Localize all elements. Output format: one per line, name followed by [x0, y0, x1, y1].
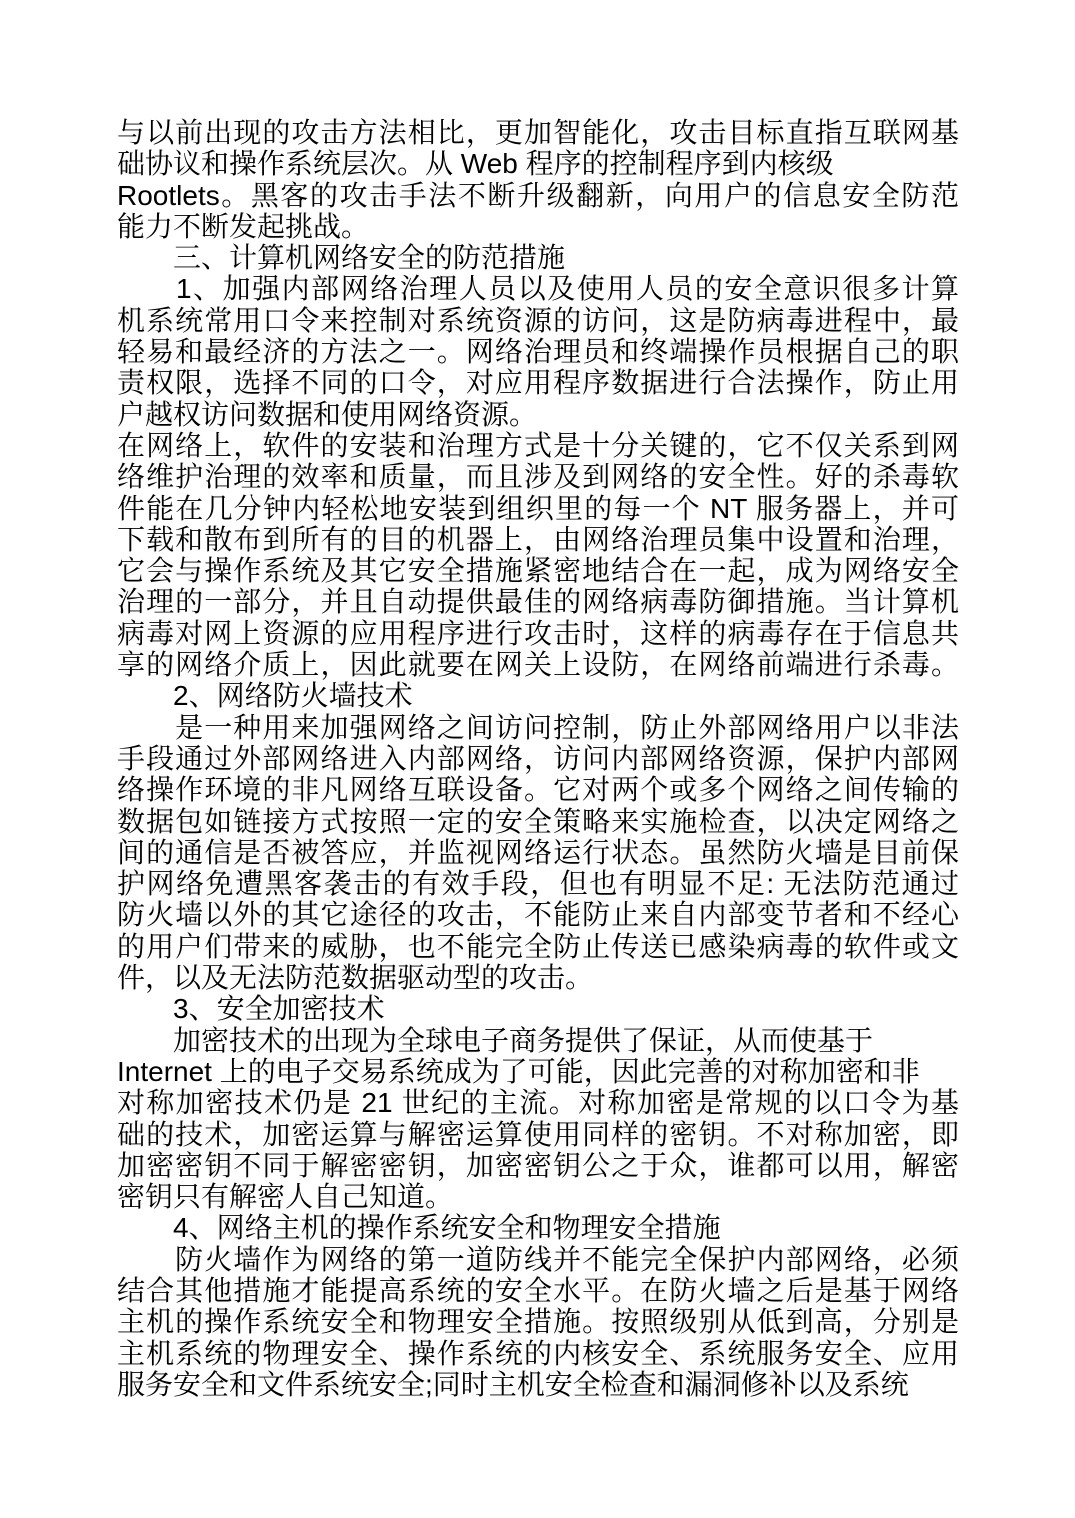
text-line: 4、网络主机的操作系统安全和物理安全措施: [117, 1212, 959, 1243]
text-line: 享的网络介质上，因此就要在网关上设防，在网络前端进行杀毒。: [117, 649, 959, 680]
document-page: 与以前出现的攻击方法相比，更加智能化，攻击目标直指互联网基础协议和操作系统层次。…: [0, 0, 1075, 1518]
text-line: 对称加密技术仍是 21 世纪的主流。对称加密是常规的以口令为基: [117, 1087, 959, 1118]
text-line: 础的技术，加密运算与解密运算使用同样的密钥。不对称加密，即: [117, 1119, 959, 1150]
text-line: 3、安全加密技术: [117, 993, 959, 1024]
text-line: 是一种用来加强网络之间访问控制，防止外部网络用户以非法: [117, 712, 959, 743]
text-line: 络操作环境的非凡网络互联设备。它对两个或多个网络之间传输的: [117, 774, 959, 805]
text-line: 防火墙作为网络的第一道防线并不能完全保护内部网络，必须: [117, 1244, 959, 1275]
text-line: 机系统常用口令来控制对系统资源的访问，这是防病毒进程中，最: [117, 305, 959, 336]
text-line: 手段通过外部网络进入内部网络，访问内部网络资源，保护内部网: [117, 743, 959, 774]
text-line: 数据包如链接方式按照一定的安全策略来实施检查，以决定网络之: [117, 806, 959, 837]
text-line: Rootlets。黑客的攻击手法不断升级翻新，向用户的信息安全防范: [117, 180, 959, 211]
text-line: 防火墙以外的其它途径的攻击，不能防止来自内部变节者和不经心: [117, 899, 959, 930]
text-line: 间的通信是否被答应，并监视网络运行状态。虽然防火墙是目前保: [117, 837, 959, 868]
text-line: 责权限，选择不同的口令，对应用程序数据进行合法操作，防止用: [117, 367, 959, 398]
text-line: 能力不断发起挑战。: [117, 211, 959, 242]
text-line: 件，以及无法防范数据驱动型的攻击。: [117, 962, 959, 993]
text-line: 加密密钥不同于解密密钥，加密密钥公之于众，谁都可以用，解密: [117, 1150, 959, 1181]
text-line: 主机系统的物理安全、操作系统的内核安全、系统服务安全、应用: [117, 1338, 959, 1369]
text-line: 服务安全和文件系统安全;同时主机安全检查和漏洞修补以及系统: [117, 1369, 959, 1400]
text-line: 加密技术的出现为全球电子商务提供了保证，从而使基于: [117, 1025, 959, 1056]
document-text-block: 与以前出现的攻击方法相比，更加智能化，攻击目标直指互联网基础协议和操作系统层次。…: [117, 117, 959, 1400]
text-line: 治理的一部分，并且自动提供最佳的网络病毒防御措施。当计算机: [117, 586, 959, 617]
text-line: 结合其他措施才能提高系统的安全水平。在防火墙之后是基于网络: [117, 1275, 959, 1306]
text-line: Internet 上的电子交易系统成为了可能，因此完善的对称加密和非: [117, 1056, 959, 1087]
text-line: 在网络上，软件的安装和治理方式是十分关键的，它不仅关系到网: [117, 430, 959, 461]
text-line: 与以前出现的攻击方法相比，更加智能化，攻击目标直指互联网基: [117, 117, 959, 148]
text-line: 轻易和最经济的方法之一。网络治理员和终端操作员根据自己的职: [117, 336, 959, 367]
text-line: 护网络免遭黑客袭击的有效手段，但也有明显不足: 无法防范通过: [117, 868, 959, 899]
text-line: 的用户们带来的威胁，也不能完全防止传送已感染病毒的软件或文: [117, 931, 959, 962]
text-line: 础协议和操作系统层次。从 Web 程序的控制程序到内核级: [117, 148, 959, 179]
text-line: 户越权访问数据和使用网络资源。: [117, 399, 959, 430]
text-line: 下载和散布到所有的目的机器上，由网络治理员集中设置和治理，: [117, 524, 959, 555]
text-line: 它会与操作系统及其它安全措施紧密地结合在一起，成为网络安全: [117, 555, 959, 586]
text-line: 密钥只有解密人自己知道。: [117, 1181, 959, 1212]
text-line: 三、计算机网络安全的防范措施: [117, 242, 959, 273]
text-line: 1、加强内部网络治理人员以及使用人员的安全意识很多计算: [117, 273, 959, 304]
text-line: 2、网络防火墙技术: [117, 680, 959, 711]
text-line: 络维护治理的效率和质量，而且涉及到网络的安全性。好的杀毒软: [117, 461, 959, 492]
text-line: 主机的操作系统安全和物理安全措施。按照级别从低到高，分别是: [117, 1306, 959, 1337]
text-line: 病毒对网上资源的应用程序进行攻击时，这样的病毒存在于信息共: [117, 618, 959, 649]
text-line: 件能在几分钟内轻松地安装到组织里的每一个 NT 服务器上，并可: [117, 493, 959, 524]
